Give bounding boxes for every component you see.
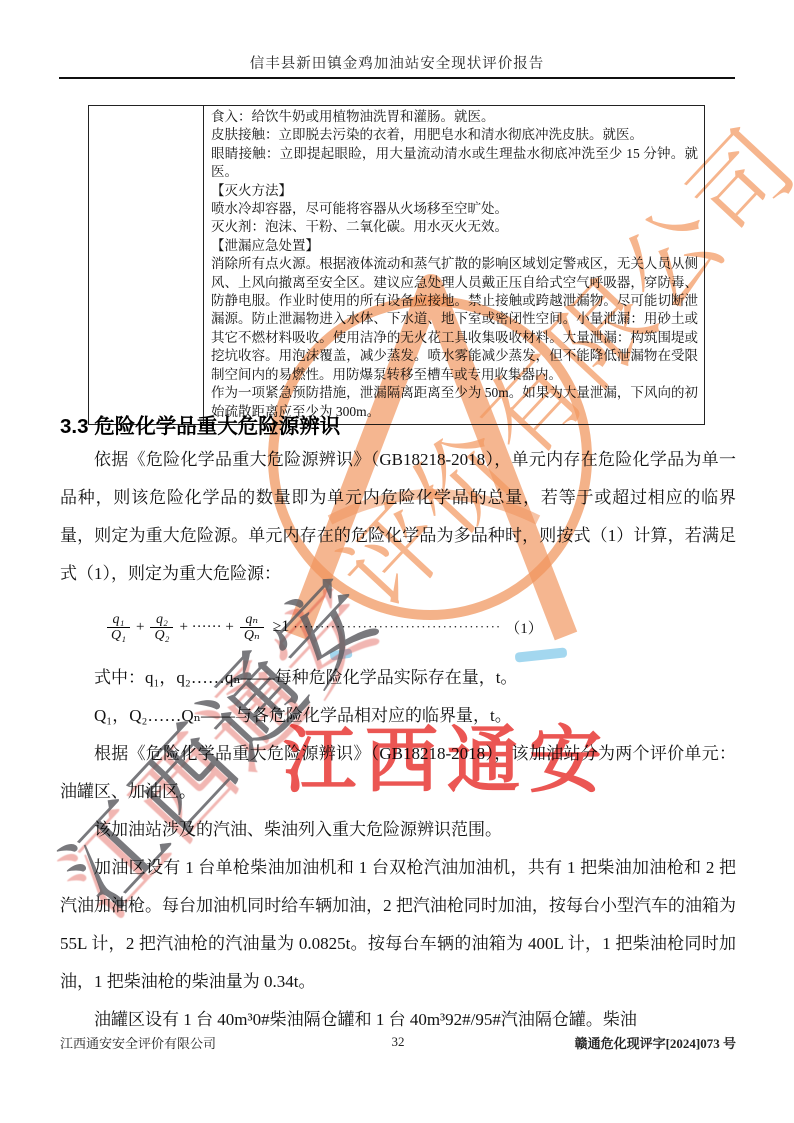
formula-1: q₁ Q₁ + q₂ Q₂ + ······ + qₙ Qₙ ≥1 ······… [104, 601, 736, 653]
paragraph: 加油区设有 1 台单枪柴油加油机和 1 台双枪汽油加油机，共有 1 把柴油加油枪… [60, 849, 736, 1001]
table-cell-content: 食入：给饮牛奶或用植物油洗胃和灌肠。就医。 皮肤接触：立即脱去污染的衣着，用肥皂… [204, 106, 704, 424]
table-line: 食入：给饮牛奶或用植物油洗胃和灌肠。就医。 [211, 108, 698, 126]
table-line: 灭火剂：泡沫、干粉、二氧化碳。用水灭火无效。 [211, 218, 698, 236]
fraction-denominator: Q₂ [150, 627, 173, 643]
fraction-numerator: qₙ [241, 612, 262, 627]
document-page: 信丰县新田镇金鸡加油站安全现状评价报告 食入：给饮牛奶或用植物油洗胃和灌肠。就医… [0, 0, 794, 1123]
section-heading: 3.3 危险化学品重大危险源辨识 [60, 409, 734, 439]
fraction-denominator: Qₙ [240, 627, 264, 643]
footer-doc-number: 赣通危化现评字[2024]073 号 [575, 1033, 736, 1052]
table-line: 消除所有点火源。根据液体流动和蒸气扩散的影响区域划定警戒区，无关人员从侧风、上风… [211, 255, 698, 384]
paragraph: 依据《危险化学品重大危险源辨识》（GB18218-2018），单元内存在危险化学… [60, 441, 736, 593]
table-line: 【灭火方法】 [211, 182, 698, 200]
table-line: 眼睛接触：立即提起眼睑，用大量流动清水或生理盐水彻底冲洗至少 15 分钟。就医。 [211, 145, 698, 182]
fraction-term: q₂ Q₂ [150, 612, 173, 643]
equation-number: （1） [505, 617, 543, 638]
paragraph: Q₁，Q₂……Qₙ——与各危险化学品相对应的临界量，t。 [60, 697, 736, 735]
page-footer: 江西通安安全评价有限公司 32 赣通危化现评字[2024]073 号 [60, 1033, 736, 1053]
ellipsis-operator: + ······ + [179, 619, 233, 636]
paragraph: 根据《危险化学品重大危险源辨识》（GB18218-2018），该加油站分为两个评… [60, 735, 736, 811]
fraction-numerator: q₁ [109, 612, 129, 627]
table-cell-label-empty [89, 106, 204, 424]
dot-leader: ······································· [293, 619, 501, 635]
table-line: 【泄漏应急处置】 [211, 237, 698, 255]
fraction-term: qₙ Qₙ [240, 612, 264, 643]
paragraph: 该加油站涉及的汽油、柴油列入重大危险源辨识范围。 [60, 811, 736, 849]
page-header-title: 信丰县新田镇金鸡加油站安全现状评价报告 [0, 52, 794, 73]
table-line: 皮肤接触：立即脱去污染的衣着，用肥皂水和清水彻底冲洗皮肤。就医。 [211, 126, 698, 144]
geq-condition: ≥1 [273, 618, 290, 636]
plus-operator: + [136, 619, 144, 636]
header-rule [59, 77, 735, 79]
msds-table: 食入：给饮牛奶或用植物油洗胃和灌肠。就医。 皮肤接触：立即脱去污染的衣着，用肥皂… [88, 105, 705, 425]
fraction-denominator: Q₁ [107, 627, 130, 643]
paragraph: 式中：q₁，q₂……qₙ——每种危险化学品实际存在量，t。 [60, 659, 736, 697]
section-body: 依据《危险化学品重大危险源辨识》（GB18218-2018），单元内存在危险化学… [60, 441, 736, 1039]
fraction-numerator: q₂ [152, 612, 172, 627]
fraction-term: q₁ Q₁ [107, 612, 130, 643]
table-line: 喷水冷却容器，尽可能将容器从火场移至空旷处。 [211, 200, 698, 218]
